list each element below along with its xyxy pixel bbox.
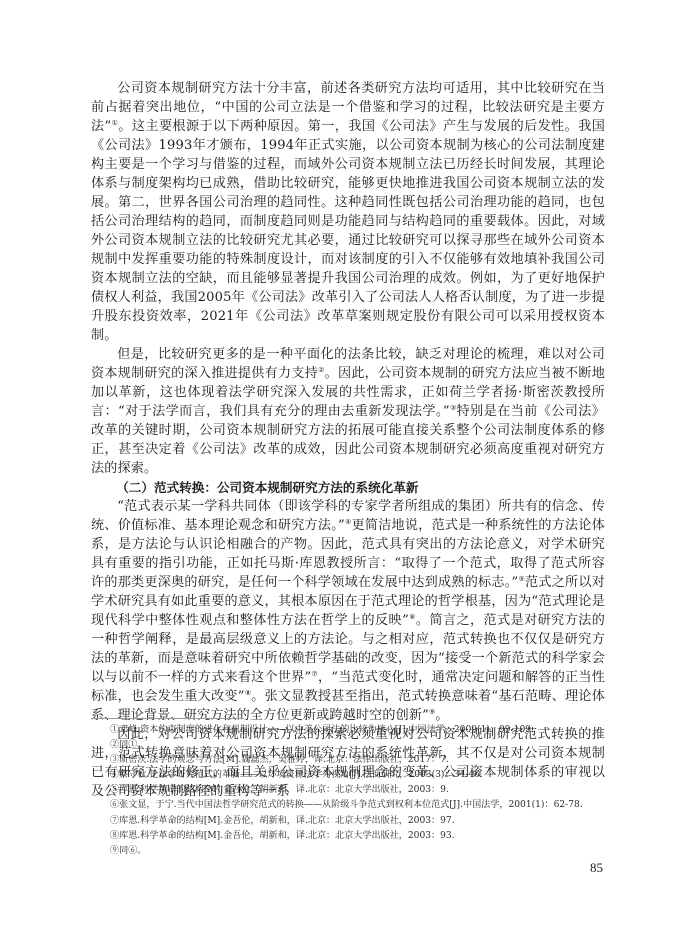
footnote-2: ②同①。 — [110, 738, 630, 753]
footnote-ref: ⑥ — [409, 613, 416, 621]
footnote-9: ⑨同⑥。 — [110, 844, 630, 859]
footnote-7: ⑦库恩.科学革命的结构[M].金吾伦，胡新和，译.北京：北京大学出版社，2003… — [110, 814, 630, 829]
footnote-1: ①邓峰.资本约束制度的进化和机制设计——以中美公司法的比较为核心[J].中国法学… — [110, 723, 630, 738]
paragraph-comparative-method: 公司资本规制研究方法十分丰富，前述各类研究方法均可适用，其中比较研究在当前占据着… — [91, 79, 605, 345]
footnote-ref: ② — [318, 366, 325, 374]
footnote-ref: ⑨ — [429, 708, 435, 716]
paragraph-paradigm-definition: “范式表示某一学科共同体（即该学科的专家学者所组成的集团）所共有的信念、传统、价… — [91, 497, 605, 725]
page-number: 85 — [590, 860, 603, 876]
section-heading: （二）范式转换：公司资本规制研究方法的系统化革新 — [91, 478, 605, 497]
footnote-ref: ① — [111, 119, 118, 127]
article-body: 公司资本规制研究方法十分丰富，前述各类研究方法均可适用，其中比较研究在当前占据着… — [91, 79, 605, 801]
footnote-3: ③斯密茨.法学的观念与方法[M].魏磊杰，吴雅婷，译.北京：法律出版社，2017… — [110, 753, 630, 768]
footnote-8: ⑧库恩.科学革命的结构[M].金吾伦，胡新和，译.北京：北京大学出版社，2003… — [110, 829, 630, 844]
footnote-6: ⑥张文显，于宁.当代中国法哲学研究范式的转换——从阶级斗争范式到权利本位范式[J… — [110, 798, 630, 813]
page-body: 公司资本规制研究方法十分丰富，前述各类研究方法均可适用，其中比较研究在当前占据着… — [91, 79, 605, 801]
footnote-ref: ⑧ — [245, 689, 252, 697]
footnote-ref: ⑤ — [518, 575, 525, 583]
footnote-4: ④蔡守秋.论法学研究范式的革新——以环境资源法学为视角[J].法商研究，2003… — [110, 768, 630, 783]
paragraph-limits-of-comparison: 但是，比较研究更多的是一种平面化的法条比较，缺乏对理论的梳理，难以对公司资本规制… — [91, 345, 605, 478]
footnote-5: ⑤库恩.科学革命的结构[M].金吾伦，胡新和，译.北京：北京大学出版社，2003… — [110, 783, 630, 798]
footnote-ref: ④ — [345, 518, 352, 526]
footnote-ref: ⑦ — [311, 670, 318, 678]
footnote-separator — [91, 718, 244, 719]
footnote-ref: ③ — [450, 404, 457, 412]
footnotes: ①邓峰.资本约束制度的进化和机制设计——以中美公司法的比较为核心[J].中国法学… — [110, 723, 630, 859]
